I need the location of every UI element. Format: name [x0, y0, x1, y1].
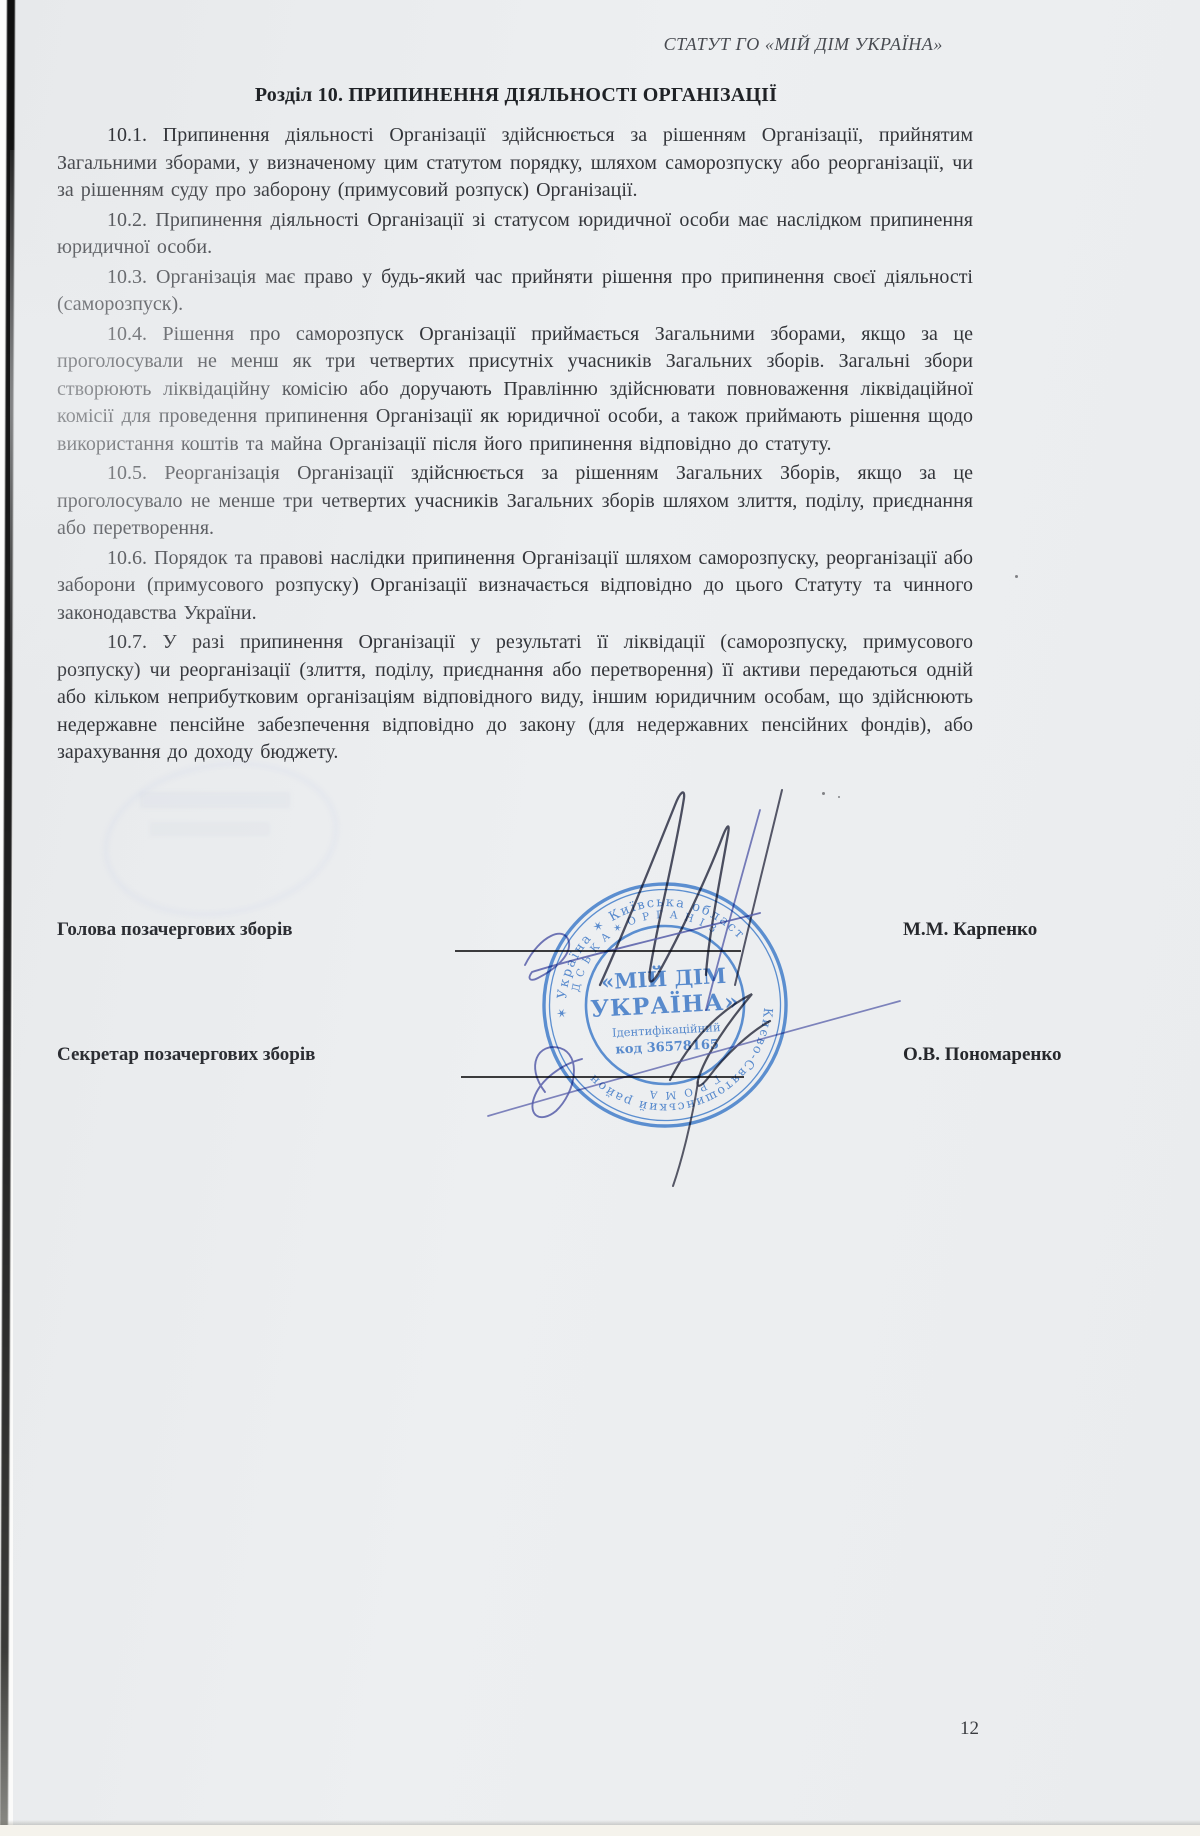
paragraph-10-5: 10.5. Реорганізація Організації здійснює…	[57, 460, 973, 543]
pen-stroke	[735, 790, 782, 985]
paragraph-10-6: 10.6. Порядок та правові наслідки припин…	[57, 545, 973, 628]
paragraph-10-3: 10.3. Організація має право у будь-який …	[57, 264, 973, 319]
ghost-text-artifact	[150, 822, 270, 836]
scan-bottom-edge	[0, 1825, 1200, 1836]
pen-stroke	[488, 1001, 900, 1116]
paragraph-10-2: 10.2. Припинення діяльності Організації …	[57, 207, 973, 262]
handwritten-signatures	[430, 770, 990, 1190]
pen-stroke	[525, 913, 760, 980]
paragraph-10-1: 10.1. Припинення діяльності Організації …	[57, 122, 973, 205]
section-title: Розділ 10. ПРИПИНЕННЯ ДІЯЛЬНОСТІ ОРГАНІЗ…	[60, 84, 972, 107]
pen-stroke	[600, 792, 729, 985]
signature-role-secretary: Секретар позачергових зборів	[57, 1044, 315, 1066]
running-header: СТАТУТ ГО «МІЙ ДІМ УКРАЇНА»	[664, 34, 943, 55]
paragraph-10-7: 10.7. У разі припинення Організації у ре…	[57, 629, 973, 767]
pen-stroke	[532, 1047, 582, 1117]
scan-speck	[838, 796, 840, 798]
scan-speck	[1015, 575, 1018, 578]
signature-role-chairman: Голова позачергових зборів	[57, 919, 293, 941]
pen-stroke	[670, 994, 770, 1086]
document-scan: СТАТУТ ГО «МІЙ ДІМ УКРАЇНА» Розділ 10. П…	[0, 0, 1200, 1836]
pen-stroke	[673, 1082, 698, 1186]
scan-speck	[822, 792, 825, 795]
ghost-text-artifact	[140, 792, 290, 808]
body-text: 10.1. Припинення діяльності Організації …	[57, 122, 973, 769]
page-number: 12	[960, 1718, 979, 1740]
paragraph-10-4: 10.4. Рішення про саморозпуск Організаці…	[57, 321, 973, 459]
